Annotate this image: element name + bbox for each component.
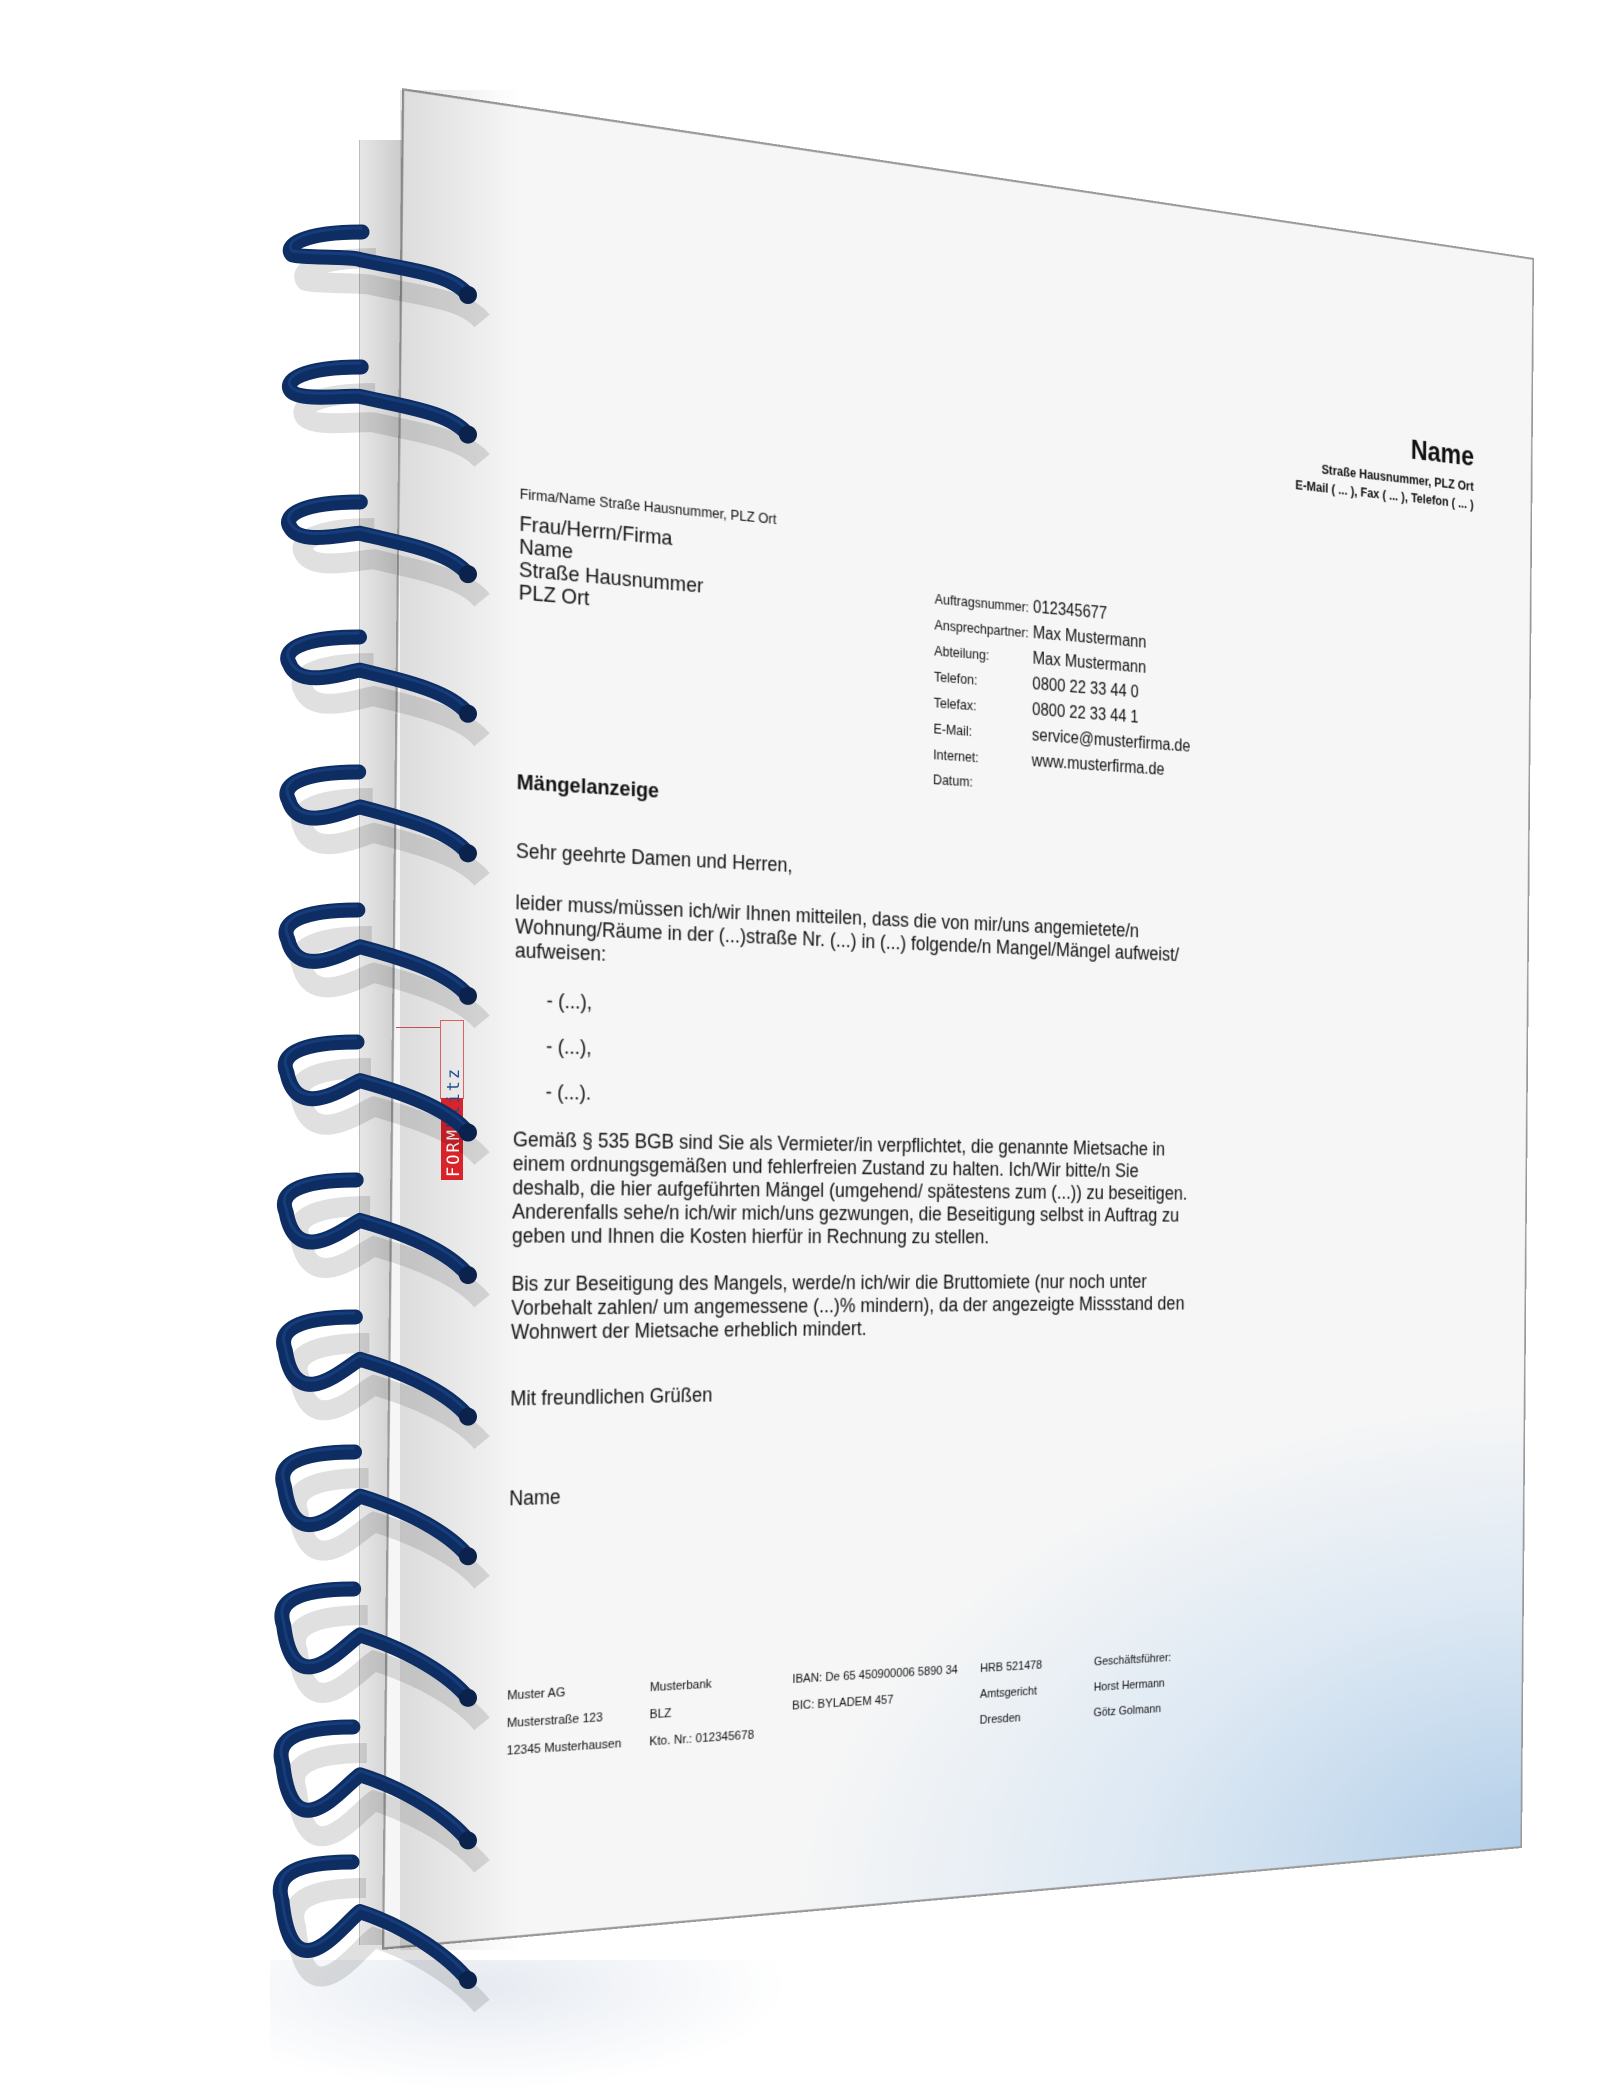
footer-line: 12345 Musterhausen xyxy=(506,1730,621,1765)
logo-text-blitz: blitz xyxy=(444,1067,464,1128)
paragraph-rent-reduction: Bis zur Beseitigung des Mangels, werde/n… xyxy=(511,1271,1197,1345)
letter-subject: Mängelanzeige xyxy=(517,771,660,805)
floor-reflection xyxy=(270,1960,790,2090)
closing: Mit freundlichen Grüßen xyxy=(510,1375,1196,1411)
footer-line: Götz Golmann xyxy=(1093,1696,1170,1726)
info-value: 012345677 xyxy=(1033,599,1107,625)
formblitz-logo: FORMblitz xyxy=(441,1020,463,1180)
defect-item: - (...). xyxy=(545,1081,591,1106)
salutation: Sehr geehrte Damen und Herren, xyxy=(516,839,1200,898)
footer-register: HRB 521478 Amtsgericht Dresden xyxy=(980,1652,1043,1733)
info-block: Auftragsnummer: 012345677 Ansprechpartne… xyxy=(933,589,1192,813)
footer-line: Amtsgericht xyxy=(980,1678,1042,1708)
info-label: Auftragsnummer: xyxy=(935,591,1033,616)
logo-text-form: FORM xyxy=(444,1128,464,1177)
footer-line: HRB 521478 xyxy=(980,1652,1042,1681)
letter-page: Name Straße Hausnummer, PLZ Ort E-Mail (… xyxy=(382,88,1534,1950)
defect-item: - (...), xyxy=(546,1035,592,1060)
footer-iban: IBAN: De 65 450900006 5890 34 BIC: BYLAD… xyxy=(792,1657,958,1719)
logo-rule xyxy=(396,1027,441,1028)
footer-bank: Musterbank BLZ Kto. Nr.: 012345678 xyxy=(649,1669,754,1756)
footer-line: Dresden xyxy=(980,1704,1042,1734)
sender-name: Name xyxy=(1411,433,1474,473)
footer-line: Kto. Nr.: 012345678 xyxy=(649,1722,754,1756)
footer-management: Geschäftsführer: Horst Hermann Götz Golm… xyxy=(1093,1645,1171,1726)
footer-company: Muster AG Musterstraße 123 12345 Musterh… xyxy=(506,1676,622,1765)
paragraph-legal-basis: Gemäß § 535 BGB sind Sie als Vermieter/i… xyxy=(512,1128,1198,1249)
defect-item: - (...), xyxy=(546,989,592,1014)
recipient-address: Frau/Herrn/Firma Name Straße Hausnummer … xyxy=(519,514,704,621)
paragraph-intro: leider muss/müssen ich/wir Ihnen mitteil… xyxy=(515,891,1200,989)
signature-name: Name xyxy=(509,1466,1195,1511)
logo-text: FORMblitz xyxy=(444,1067,464,1177)
